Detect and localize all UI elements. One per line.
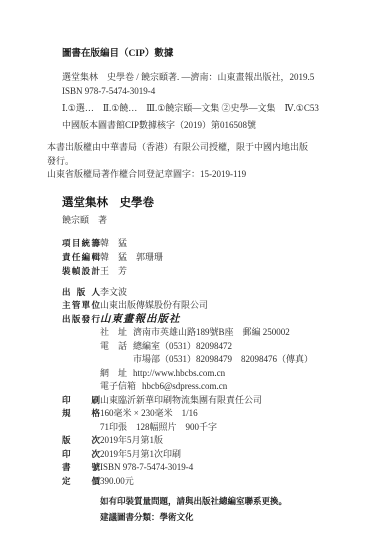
credits-block: 項目統籌 韓 猛 責任編輯 韓 猛 郭珊珊 裝幀設計 王 芳 <box>62 236 345 278</box>
title-block: 選堂集林 史學卷 饒宗頤 著 <box>62 196 345 227</box>
credit-label: 裝幀設計 <box>62 264 100 278</box>
pub-row-printer: 印刷 山東臨沂新華印刷物流集團有限責任公司 <box>62 394 345 408</box>
pub-row-website: 網 址 http://www.hbcbs.com.cn <box>62 367 345 381</box>
quality-notice: 如有印裝質量問題，請與出版社總編室聯系更換。 <box>100 494 345 509</box>
pub-sublabel: 社 址 <box>100 326 127 340</box>
pub-row-publisher-person: 出版人 李文波 <box>62 286 345 300</box>
pub-row-isbn: 書號 ISBN 978-7-5474-3019-4 <box>62 461 345 475</box>
pub-sublabel: 網 址 <box>100 367 127 381</box>
pub-row-telephone-market: 市場部（0531）82098479 82098476（傳真） <box>62 353 345 367</box>
pub-sublabel: 電子信箱 <box>100 380 136 394</box>
credit-label: 項目統籌 <box>62 236 100 250</box>
pub-value: 總編室（0531）82098472 <box>133 340 345 354</box>
pub-label: 定價 <box>62 475 100 489</box>
book-title: 選堂集林 史學卷 <box>62 196 345 211</box>
pub-value: 71印張 128幅照片 900千字 <box>100 421 345 435</box>
credit-row-project-coordinator: 項目統籌 韓 猛 <box>62 236 345 250</box>
cip-heading: 圖書在版編目（CIP）數據 <box>62 48 345 61</box>
copyright-line-2: 發行。 <box>47 155 345 169</box>
pub-value: ISBN 978-7-5474-3019-4 <box>100 461 345 475</box>
pub-sublabel: 電 話 <box>100 340 127 354</box>
publisher-logotype: 山東畫報出版社 <box>100 313 345 327</box>
pub-row-price: 定價 390.00元 <box>62 475 345 489</box>
pub-value: 390.00元 <box>100 475 345 489</box>
pub-value: 山東臨沂新華印刷物流集團有限責任公司 <box>100 394 345 408</box>
pub-value: 李文波 <box>100 286 345 300</box>
email-address: hbcb6@sdpress.com.cn <box>142 380 345 394</box>
pub-value: 濟南市英雄山路189號B座 郵編 250002 <box>133 326 345 340</box>
credit-value: 韓 猛 <box>100 236 345 250</box>
pub-label: 書號 <box>62 461 100 475</box>
pub-label: 規格 <box>62 407 100 421</box>
pub-value: 市場部（0531）82098479 82098476（傳真） <box>133 353 345 367</box>
cip-record-number-line: 中國版本圖書館CIP數據核字（2019）第016508號 <box>62 119 345 132</box>
pub-row-address: 社 址 濟南市英雄山路189號B座 郵編 250002 <box>62 326 345 340</box>
pub-row-format-detail: 71印張 128幅照片 900千字 <box>62 421 345 435</box>
cip-title-line: 選堂集林 史學卷 / 饒宗頤著. —濟南：山東畫報出版社，2019.5 <box>62 71 345 84</box>
credit-row-responsible-editor: 責任編輯 韓 猛 郭珊珊 <box>62 250 345 264</box>
credit-label: 責任編輯 <box>62 250 100 264</box>
pub-label: 出版發行 <box>62 313 100 327</box>
credit-value: 韓 猛 郭珊珊 <box>100 250 345 264</box>
credit-row-design: 裝幀設計 王 芳 <box>62 264 345 278</box>
page-content: 圖書在版編目（CIP）數據 選堂集林 史學卷 / 饒宗頤著. —濟南：山東畫報出… <box>0 0 375 524</box>
footer-notes: 如有印裝質量問題，請與出版社總編室聯系更換。 建議圖書分類：學術文化 <box>62 494 345 524</box>
pub-label: 主管單位 <box>62 299 100 313</box>
pub-value: 2019年5月第1版 <box>100 434 345 448</box>
cip-classification-line: Ⅰ.①選… Ⅱ.①饒… Ⅲ.①饒宗頤—文集 ②史學—文集 Ⅳ.①C53 <box>62 102 345 115</box>
copyright-page: 圖書在版編目（CIP）數據 選堂集林 史學卷 / 饒宗頤著. —濟南：山東畫報出… <box>0 0 375 533</box>
pub-row-format: 規格 160毫米 × 230毫米 1/16 <box>62 407 345 421</box>
copyright-registration-line: 山東省版權局著作權合同登記章圖字：15-2019-119 <box>47 168 345 182</box>
pub-row-supervising-unit: 主管單位 山東出版傳媒股份有限公司 <box>62 299 345 313</box>
pub-label: 出版人 <box>62 286 100 300</box>
credit-value: 王 芳 <box>100 264 345 278</box>
pub-value: 山東出版傳媒股份有限公司 <box>100 299 345 313</box>
pub-value: 2019年5月第1次印刷 <box>100 448 345 462</box>
pub-row-publishing-house: 出版發行 山東畫報出版社 <box>62 313 345 327</box>
pub-row-telephone: 電 話 總編室（0531）82098472 <box>62 340 345 354</box>
pub-row-email: 電子信箱 hbcb6@sdpress.com.cn <box>62 380 345 394</box>
pub-label: 印次 <box>62 448 100 462</box>
pub-row-impression: 印次 2019年5月第1次印刷 <box>62 448 345 462</box>
pub-row-edition: 版次 2019年5月第1版 <box>62 434 345 448</box>
pub-label: 印刷 <box>62 394 100 408</box>
pub-label: 版次 <box>62 434 100 448</box>
publication-block: 出版人 李文波 主管單位 山東出版傳媒股份有限公司 出版發行 山東畫報出版社 社… <box>62 286 345 489</box>
cip-isbn-line: ISBN 978-7-5474-3019-4 <box>62 85 345 98</box>
cip-block: 圖書在版編目（CIP）數據 選堂集林 史學卷 / 饒宗頤著. —濟南：山東畫報出… <box>62 48 345 132</box>
pub-value: 160毫米 × 230毫米 1/16 <box>100 407 345 421</box>
book-author: 饒宗頤 著 <box>62 214 345 227</box>
suggested-classification: 建議圖書分類：學術文化 <box>100 510 345 525</box>
website-url: http://www.hbcbs.com.cn <box>133 367 345 381</box>
copyright-notice: 本書出版權由中華書局（香港）有限公司授權，限于中國内地出版 發行。 山東省版權局… <box>47 141 345 182</box>
copyright-line-1: 本書出版權由中華書局（香港）有限公司授權，限于中國内地出版 <box>47 141 345 155</box>
